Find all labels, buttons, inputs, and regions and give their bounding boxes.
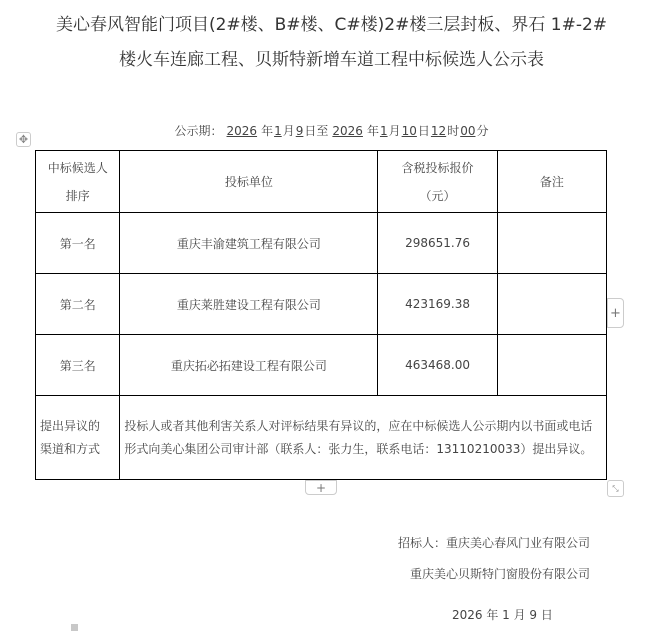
period-label: 公示期： xyxy=(175,124,223,138)
price-cell[interactable]: 463468.00 xyxy=(378,335,498,396)
objection-text[interactable]: 投标人或者其他利害关系人对评标结果有异议的，应在中标候选人公示期内以书面或电话形… xyxy=(120,396,607,480)
table-move-handle[interactable]: ✥ xyxy=(16,132,31,147)
period-end-month: 1 xyxy=(379,124,389,138)
move-icon: ✥ xyxy=(19,133,28,146)
rank-cell[interactable]: 第三名 xyxy=(36,335,120,396)
unit-month: 月 xyxy=(389,124,401,138)
price-cell[interactable]: 298651.76 xyxy=(378,213,498,274)
unit-month: 月 xyxy=(283,124,295,138)
period-end-hour: 12 xyxy=(430,124,447,138)
header-price-line1: 含税投标报价 xyxy=(378,154,497,182)
candidate-table: 中标候选人 排序 投标单位 含税投标报价 （元） 备注 第一名 重庆丰渝建筑工程… xyxy=(35,150,607,480)
remark-cell[interactable] xyxy=(497,274,606,335)
header-price[interactable]: 含税投标报价 （元） xyxy=(378,151,498,213)
scroll-indicator[interactable] xyxy=(71,624,78,631)
document-title-line1: 美心春风智能门项目(2#楼、B#楼、C#楼)2#楼三层封板、界石 1#-2# xyxy=(0,10,663,35)
objection-label-line1: 提出异议的 xyxy=(40,415,119,438)
bidder-cell[interactable]: 重庆莱胜建设工程有限公司 xyxy=(120,274,378,335)
objection-row: 提出异议的 渠道和方式 投标人或者其他利害关系人对评标结果有异议的，应在中标候选… xyxy=(36,396,607,480)
plus-icon: + xyxy=(316,482,326,494)
header-price-line2: （元） xyxy=(378,182,497,210)
period-start-year: 2026 xyxy=(223,124,262,138)
unit-year: 年 xyxy=(261,124,273,138)
unit-hour: 时 xyxy=(447,124,459,138)
tenderer-line: 招标人：重庆美心春风门业有限公司 xyxy=(398,534,590,551)
header-rank-line2: 排序 xyxy=(36,182,119,210)
plus-icon: + xyxy=(610,306,621,321)
period-start-day: 9 xyxy=(295,124,305,138)
header-rank-line1: 中标候选人 xyxy=(36,154,119,182)
header-remark[interactable]: 备注 xyxy=(497,151,606,213)
table-row: 第三名 重庆拓必拓建设工程有限公司 463468.00 xyxy=(36,335,607,396)
unit-day-to: 日至 xyxy=(304,124,328,138)
add-column-button[interactable]: + xyxy=(607,298,624,328)
tenderer-line2: 重庆美心贝斯特门窗股份有限公司 xyxy=(410,565,590,582)
publicity-period: 公示期：2026年1月9日至2026年1月10日12时00分 xyxy=(0,122,663,139)
price-cell[interactable]: 423169.38 xyxy=(378,274,498,335)
period-start-month: 1 xyxy=(273,124,283,138)
objection-label[interactable]: 提出异议的 渠道和方式 xyxy=(36,396,120,480)
period-end-year: 2026 xyxy=(328,124,367,138)
resize-icon: ⤡ xyxy=(612,484,618,494)
unit-day: 日 xyxy=(418,124,430,138)
bidder-cell[interactable]: 重庆拓必拓建设工程有限公司 xyxy=(120,335,378,396)
unit-minute: 分 xyxy=(476,124,488,138)
add-row-button[interactable]: + xyxy=(305,480,337,495)
table-row: 第一名 重庆丰渝建筑工程有限公司 298651.76 xyxy=(36,213,607,274)
rank-cell[interactable]: 第一名 xyxy=(36,213,120,274)
header-bidder[interactable]: 投标单位 xyxy=(120,151,378,213)
unit-year: 年 xyxy=(367,124,379,138)
period-end-minute: 00 xyxy=(459,124,476,138)
header-rank[interactable]: 中标候选人 排序 xyxy=(36,151,120,213)
table-row: 第二名 重庆莱胜建设工程有限公司 423169.38 xyxy=(36,274,607,335)
period-end-day: 10 xyxy=(401,124,418,138)
document-title-line2: 楼火车连廊工程、贝斯特新增车道工程中标候选人公示表 xyxy=(0,45,663,70)
rank-cell[interactable]: 第二名 xyxy=(36,274,120,335)
objection-label-line2: 渠道和方式 xyxy=(40,438,119,461)
remark-cell[interactable] xyxy=(497,213,606,274)
remark-cell[interactable] xyxy=(497,335,606,396)
table-resize-handle[interactable]: ⤡ xyxy=(607,480,624,497)
bidder-cell[interactable]: 重庆丰渝建筑工程有限公司 xyxy=(120,213,378,274)
signature-date: 2026 年 1 月 9 日 xyxy=(452,606,553,623)
table-header-row: 中标候选人 排序 投标单位 含税投标报价 （元） 备注 xyxy=(36,151,607,213)
